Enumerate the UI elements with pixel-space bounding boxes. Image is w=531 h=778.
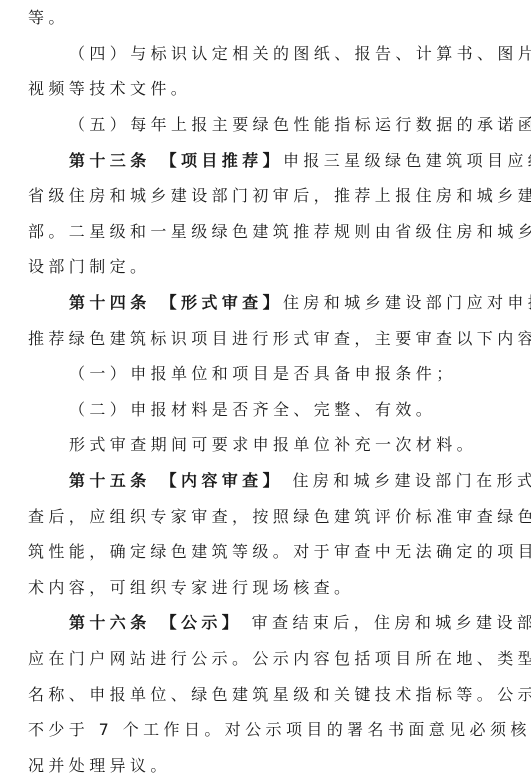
line-text: （一）申报单位和项目是否具备申报条件； — [69, 364, 457, 383]
list-item-4: （四）与标识认定相关的图纸、报告、计算书、图片、 — [69, 36, 531, 72]
line-text: 申报三星级绿色建筑项目应经 — [283, 151, 531, 170]
list-item-5: （五）每年上报主要绿色性能指标运行数据的承诺函。 — [69, 107, 531, 143]
line-text: 住房和城乡建设部门应对申报 — [283, 293, 531, 312]
line-text: 名称、申报单位、绿色建筑星级和关键技术指标等。公示期 — [28, 685, 531, 704]
list-item-2: （二）申报材料是否齐全、完整、有效。 — [69, 392, 436, 428]
line-text: 视频等技术文件。 — [28, 79, 191, 98]
text-line: 查后，应组织专家审查，按照绿色建筑评价标准审查绿色建 — [28, 499, 531, 535]
article-16-heading: 第十六条 【公示】 审查结束后，住房和城乡建设部门 — [69, 605, 531, 641]
line-text: 查后，应组织专家审查，按照绿色建筑评价标准审查绿色建 — [28, 507, 531, 526]
line-text: 应在门户网站进行公示。公示内容包括项目所在地、类型、 — [28, 649, 531, 668]
line-text: 况并处理异议。 — [28, 756, 171, 775]
text-line: 等。 — [28, 0, 69, 36]
text-line: 名称、申报单位、绿色建筑星级和关键技术指标等。公示期 — [28, 677, 531, 713]
line-text: 形式审查期间可要求申报单位补充一次材料。 — [69, 435, 477, 454]
text-line: 部。二星级和一星级绿色建筑推荐规则由省级住房和城乡建 — [28, 214, 531, 250]
article-title: 第十五条 【内容审查】 — [69, 471, 283, 490]
line-text: 不少于 7 个工作日。对公示项目的署名书面意见必须核实情 — [28, 720, 531, 739]
article-title: 第十三条 【项目推荐】 — [69, 151, 283, 170]
text-line: 设部门制定。 — [28, 249, 150, 285]
article-14-heading: 第十四条 【形式审查】住房和城乡建设部门应对申报 — [69, 285, 531, 321]
list-item-1: （一）申报单位和项目是否具备申报条件； — [69, 356, 457, 392]
line-text: （五）每年上报主要绿色性能指标运行数据的承诺函。 — [69, 115, 531, 134]
article-13-heading: 第十三条 【项目推荐】申报三星级绿色建筑项目应经 — [69, 143, 531, 179]
text-line: 应在门户网站进行公示。公示内容包括项目所在地、类型、 — [28, 641, 531, 677]
article-title: 第十六条 【公示】 — [69, 613, 242, 632]
text-line: 省级住房和城乡建设部门初审后，推荐上报住房和城乡建设 — [28, 178, 531, 214]
text-line: 形式审查期间可要求申报单位补充一次材料。 — [69, 427, 477, 463]
line-text: 筑性能，确定绿色建筑等级。对于审查中无法确定的项目技 — [28, 542, 531, 561]
line-text: 省级住房和城乡建设部门初审后，推荐上报住房和城乡建设 — [28, 186, 531, 205]
text-line: 术内容，可组织专家进行现场核查。 — [28, 570, 354, 606]
line-text: 部。二星级和一星级绿色建筑推荐规则由省级住房和城乡建 — [28, 222, 531, 241]
text-line: 视频等技术文件。 — [28, 71, 191, 107]
article-15-heading: 第十五条 【内容审查】 住房和城乡建设部门在形式审 — [69, 463, 531, 499]
line-text: （四）与标识认定相关的图纸、报告、计算书、图片、 — [69, 44, 531, 63]
line-text: 术内容，可组织专家进行现场核查。 — [28, 578, 354, 597]
line-text: 住房和城乡建设部门在形式审 — [283, 471, 531, 490]
line-text: 审查结束后，住房和城乡建设部门 — [242, 613, 531, 632]
line-text: （二）申报材料是否齐全、完整、有效。 — [69, 400, 436, 419]
text-line: 不少于 7 个工作日。对公示项目的署名书面意见必须核实情 — [28, 712, 531, 748]
article-title: 第十四条 【形式审查】 — [69, 293, 283, 312]
text-line: 况并处理异议。 — [28, 748, 171, 778]
line-text: 等。 — [28, 8, 69, 27]
line-text: 设部门制定。 — [28, 257, 150, 276]
text-line: 筑性能，确定绿色建筑等级。对于审查中无法确定的项目技 — [28, 534, 531, 570]
text-line: 推荐绿色建筑标识项目进行形式审查，主要审查以下内容： — [28, 321, 531, 357]
line-text: 推荐绿色建筑标识项目进行形式审查，主要审查以下内容： — [28, 329, 531, 348]
